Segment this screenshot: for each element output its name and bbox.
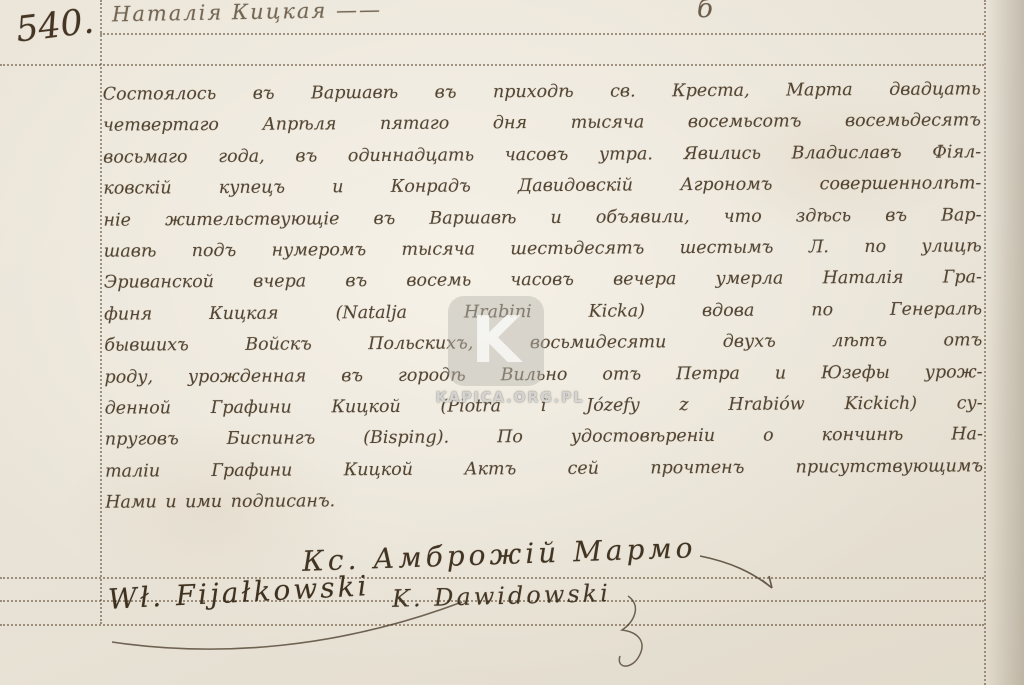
body-line: ковскій купецъ и Конрадъ Давидовскій Агр… — [103, 168, 981, 205]
page-edge-shadow — [986, 0, 1024, 685]
scanned-register-page: 540. Наталія Кицкая —— б Состоялось въ В… — [0, 0, 1024, 685]
rule-right-vertical — [984, 0, 986, 685]
body-line: четвертаго Апрѣля пятаго дня тысяча восе… — [103, 106, 981, 143]
rule-bottom-1 — [0, 577, 984, 579]
watermark-logo-icon: K — [448, 296, 544, 386]
body-line: Эриванской вчера въ восемь часовъ вечера… — [104, 263, 982, 300]
body-line: пруговъ Биспингъ (Bisping). По удостовѣр… — [105, 420, 983, 457]
rule-bottom-3 — [0, 624, 984, 626]
rule-top-full — [0, 64, 984, 66]
body-line: Нами и ими подписанъ. — [105, 482, 983, 519]
watermark-site-text: KAPICA.ORG.PL — [420, 390, 600, 406]
header-script: Наталія Кицкая —— — [112, 0, 382, 26]
flourish-arrow — [700, 556, 772, 588]
rule-margin-vertical — [100, 0, 102, 624]
stray-ink-mark: б — [697, 0, 713, 24]
signature-paraph — [619, 596, 642, 666]
act-body-text: Состоялось въ Варшавѣ въ приходѣ св. Кре… — [103, 74, 984, 519]
body-line: таліи Графини Кицкой Актъ сей прочтенъ п… — [105, 451, 983, 488]
watermark-letter: K — [471, 304, 521, 378]
rule-header-underline — [100, 33, 984, 35]
signature-witness-right: K. Dawidowski — [392, 579, 612, 613]
record-number: 540. — [14, 1, 96, 50]
